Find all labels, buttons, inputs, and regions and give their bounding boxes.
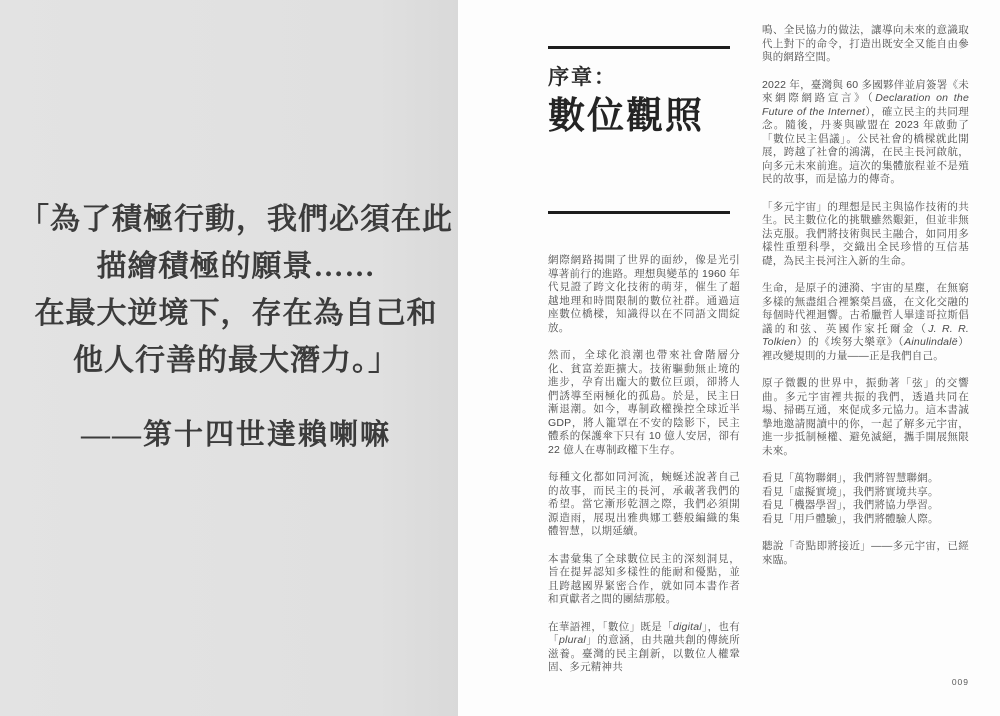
- see-list-line: 看見「機器學習」，我們將協力學習。: [762, 499, 969, 513]
- chapter-rule-bottom: [548, 211, 730, 214]
- right-page: 序章： 數位觀照 網際網路揭開了世界的面紗，像是光引導著前行的進路。理想與變革的…: [458, 0, 1000, 716]
- left-page: 「為了積極行動，我們必須在此 描繪積極的願景…… 在最大逆境下，存在為自己和 他…: [0, 0, 458, 716]
- body-paragraph: 原子微觀的世界中，振動著「弦」的交響曲。多元宇宙裡共振的我們，透過共同在場、掃碼…: [762, 377, 969, 458]
- chapter-label: 序章：: [548, 65, 740, 91]
- quote-line: 描繪積極的願景……: [0, 243, 472, 290]
- quote-line: 他人行善的最大潛力。」: [0, 337, 472, 384]
- body-paragraph: 本書彙集了全球數位民主的深刻洞見，旨在提昇認知多樣性的能耐和優點，並且跨越國界緊…: [548, 553, 740, 607]
- body-paragraph: 網際網路揭開了世界的面紗，像是光引導著前行的進路。理想與變革的 1960 年代見…: [548, 254, 740, 335]
- book-spread: 「為了積極行動，我們必須在此 描繪積極的願景…… 在最大逆境下，存在為自己和 他…: [0, 0, 1000, 716]
- column-outer: 鳴、全民協力的做法，讓導向未來的意識取代上對下的命令，打造出既安全又能自由參與的…: [762, 24, 969, 567]
- closing-line: 聽說「奇點即將接近」——多元宇宙，已經來臨。: [762, 540, 969, 567]
- body-paragraph: 鳴、全民協力的做法，讓導向未來的意識取代上對下的命令，打造出既安全又能自由參與的…: [762, 24, 969, 65]
- quote-line: 「為了積極行動，我們必須在此: [0, 196, 472, 243]
- body-paragraph: 在華語裡，「數位」既是「digital」，也有「plural」的意涵，由共融共創…: [548, 621, 740, 675]
- pull-quote: 「為了積極行動，我們必須在此 描繪積極的願景…… 在最大逆境下，存在為自己和 他…: [0, 196, 472, 384]
- quote-line: 在最大逆境下，存在為自己和: [0, 290, 472, 337]
- body-paragraph: 然而，全球化浪潮也帶來社會階層分化、貧富差距擴大。技術驅動無止境的進步，孕育出龐…: [548, 349, 740, 457]
- see-list: 看見「萬物聯網」，我們將智慧聯網。 看見「虛擬實境」，我們將實境共享。 看見「機…: [762, 472, 969, 526]
- see-list-line: 看見「用戶體驗」，我們將體驗人際。: [762, 513, 969, 527]
- page-number: 009: [941, 677, 969, 687]
- column-inner: 序章： 數位觀照 網際網路揭開了世界的面紗，像是光引導著前行的進路。理想與變革的…: [548, 0, 740, 675]
- chapter-header: 序章： 數位觀照: [548, 46, 740, 214]
- see-list-line: 看見「萬物聯網」，我們將智慧聯網。: [762, 472, 969, 486]
- see-list-line: 看見「虛擬實境」，我們將實境共享。: [762, 486, 969, 500]
- body-text-inner: 網際網路揭開了世界的面紗，像是光引導著前行的進路。理想與變革的 1960 年代見…: [548, 254, 740, 675]
- body-paragraph: 「多元宇宙」的理想是民主與協作技術的共生。民主數位化的挑戰雖然艱鉅，但並非無法克…: [762, 201, 969, 269]
- body-paragraph: 生命，是原子的漣漪、宇宙的星塵，在無窮多樣的無盡組合裡繁榮昌盛，在文化交融的每個…: [762, 282, 969, 363]
- quote-attribution: ——第十四世達賴喇嘛: [0, 412, 472, 453]
- body-paragraph: 2022 年，臺灣與 60 多國夥伴並肩簽署《未來網際網路宣言》（Declara…: [762, 79, 969, 187]
- chapter-title: 數位觀照: [548, 92, 740, 139]
- chapter-rule-top: [548, 46, 730, 49]
- body-paragraph: 每種文化都如同河流，蜿蜒述說著自己的故事，而民主的長河，承載著我們的希望。當它漸…: [548, 471, 740, 539]
